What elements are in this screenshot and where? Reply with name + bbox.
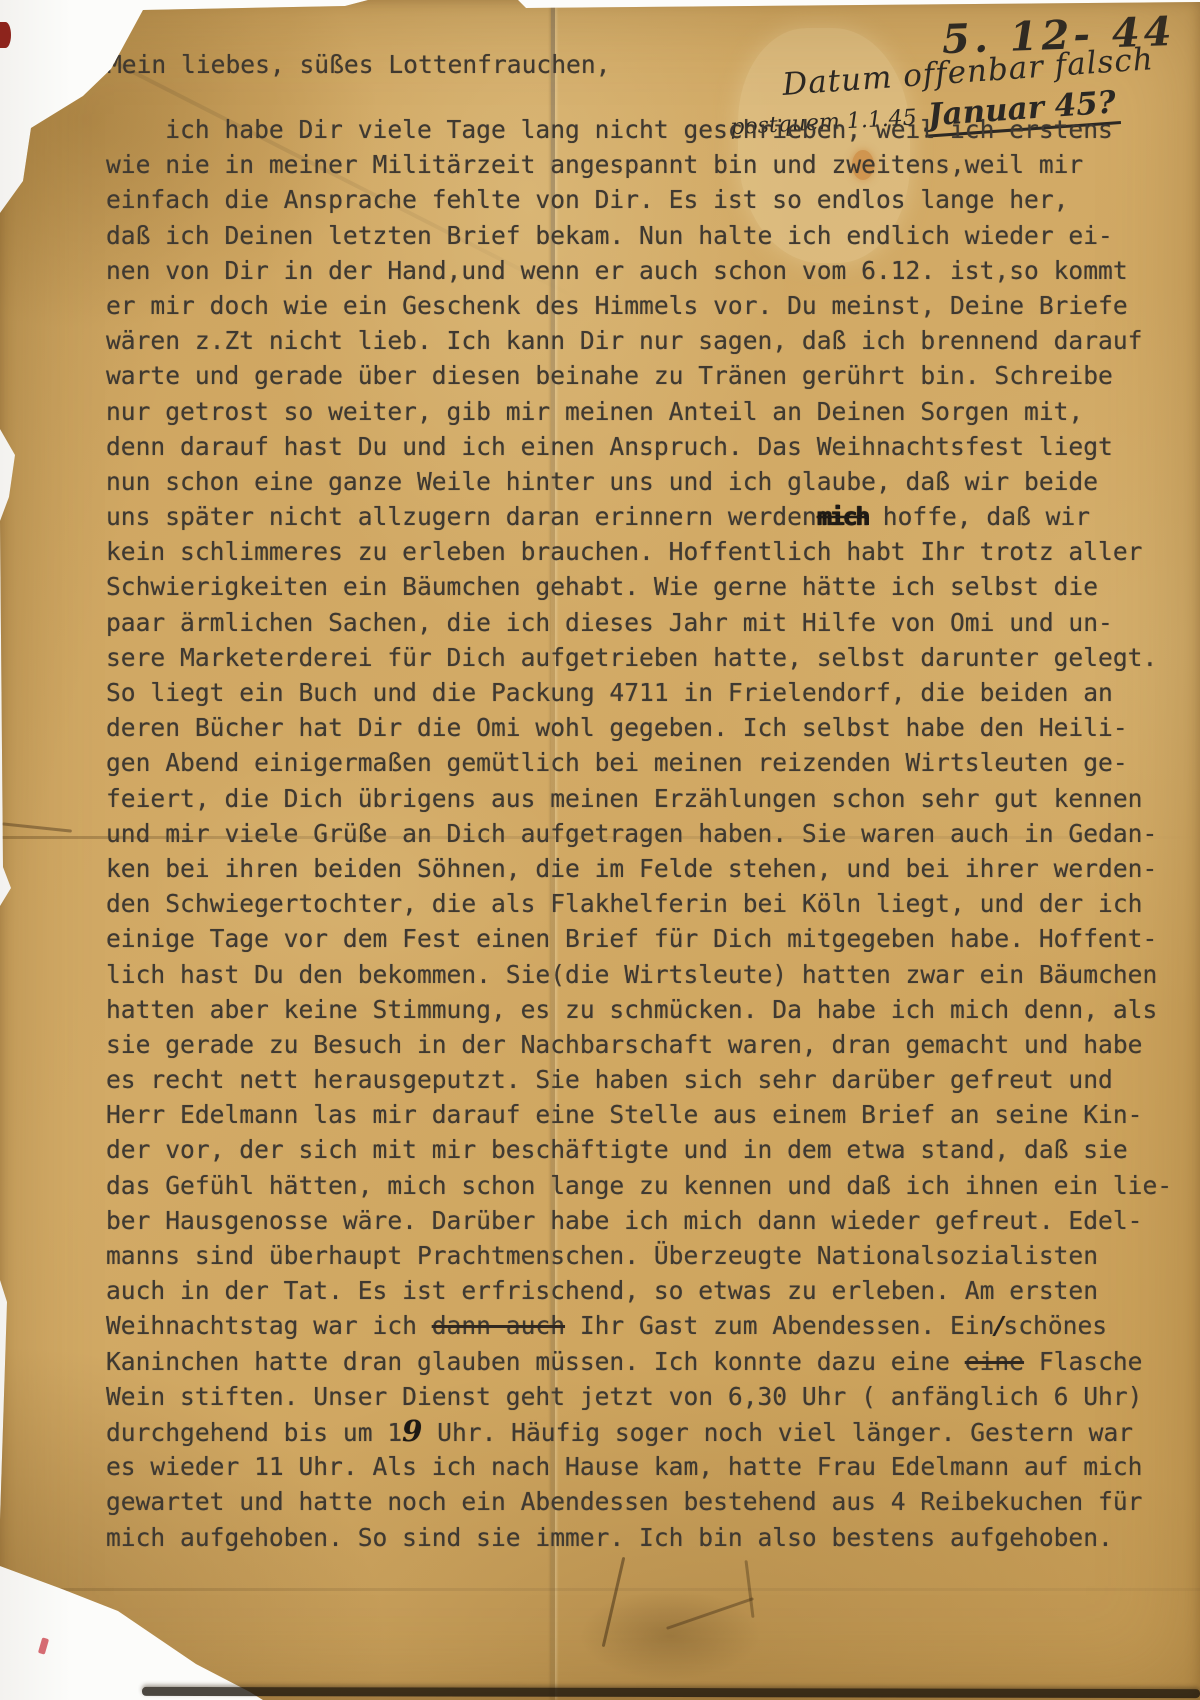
typed-line: Kaninchen hatte dran glauben müssen. Ich… — [106, 1344, 1181, 1379]
overtyped-text: mich — [817, 502, 868, 531]
typed-line: gewartet und hatte noch ein Abendessen b… — [106, 1484, 1181, 1519]
typed-line: hatten aber keine Stimmung, es zu schmüc… — [106, 992, 1181, 1027]
typed-line: Wein stiften. Unser Dienst geht jetzt vo… — [106, 1379, 1181, 1414]
paper-crack — [2, 822, 72, 832]
letter-body: ich habe Dir viele Tage lang nicht gesch… — [106, 112, 1181, 1555]
typed-line: auch in der Tat. Es ist erfrischend, so … — [106, 1273, 1181, 1308]
typed-line: nur getrost so weiter, gib mir meinen An… — [106, 394, 1181, 429]
typed-line: nun schon eine ganze Weile hinter uns un… — [106, 464, 1181, 499]
typed-line: ken bei ihren beiden Söhnen, die im Feld… — [106, 851, 1181, 886]
typed-line: wären z.Zt nicht lieb. Ich kann Dir nur … — [106, 323, 1181, 358]
typed-line: Herr Edelmann las mir darauf eine Stelle… — [106, 1097, 1181, 1132]
typed-line: denn darauf hast Du und ich einen Anspru… — [106, 429, 1181, 464]
typed-line: es recht nett herausgeputzt. Sie haben s… — [106, 1062, 1181, 1097]
red-edge-mark — [0, 22, 11, 48]
typed-line: einfach die Ansprache fehlte von Dir. Es… — [106, 182, 1181, 217]
scanned-letter: 5. 12- 44 Datum offenbar falsch postquem… — [0, 0, 1200, 1700]
typed-line: feiert, die Dich übrigens aus meinen Erz… — [106, 781, 1181, 816]
typed-line: den Schwiegertochter, die als Flakhelfer… — [106, 886, 1181, 921]
handwritten-correction: / — [994, 1311, 1003, 1340]
typed-line: Weihnachtstag war ich dann auch Ihr Gast… — [106, 1308, 1181, 1343]
salutation: Mein liebes, süßes Lottenfrauchen, — [107, 50, 610, 79]
typed-line: uns später nicht allzugern daran erinner… — [106, 499, 1181, 534]
red-tick-mark — [38, 1637, 49, 1654]
letter-paper: 5. 12- 44 Datum offenbar falsch postquem… — [0, 0, 1200, 1700]
typed-line: gen Abend einigermaßen gemütlich bei mei… — [106, 745, 1181, 780]
typed-line: nen von Dir in der Hand,und wenn er auch… — [106, 253, 1181, 288]
struck-out-text: eine — [965, 1347, 1024, 1376]
typed-line: lich hast Du den bekommen. Sie(die Wirts… — [106, 957, 1181, 992]
fold-crease-horizontal-lower — [0, 1588, 1200, 1591]
handwritten-correction: 9 — [402, 1414, 422, 1448]
typed-line: durchgehend bis um 19 Uhr. Häufig soger … — [106, 1414, 1181, 1449]
typed-line: ich habe Dir viele Tage lang nicht gesch… — [106, 112, 1181, 147]
typed-line: es wieder 11 Uhr. Als ich nach Hause kam… — [106, 1449, 1181, 1484]
typed-line: mich aufgehoben. So sind sie immer. Ich … — [106, 1520, 1181, 1555]
typed-line: und mir viele Grüße an Dich aufgetragen … — [106, 816, 1181, 851]
typed-line: ber Hausgenosse wäre. Darüber habe ich m… — [106, 1203, 1181, 1238]
struck-out-text: dann auch — [432, 1311, 565, 1340]
typed-line: paar ärmlichen Sachen, die ich dieses Ja… — [106, 605, 1181, 640]
typed-line: wie nie in meiner Militärzeit angespannt… — [106, 147, 1181, 182]
typed-line: das Gefühl hätten, mich schon lange zu k… — [106, 1168, 1181, 1203]
typed-line: daß ich Deinen letzten Brief bekam. Nun … — [106, 218, 1181, 253]
typed-line: sere Marketerderei für Dich aufgetrieben… — [106, 640, 1181, 675]
typed-line: sie gerade zu Besuch in der Nachbarschaf… — [106, 1027, 1181, 1062]
typed-line: warte und gerade über diesen beinahe zu … — [106, 358, 1181, 393]
typed-line: einige Tage vor dem Fest einen Brief für… — [106, 921, 1181, 956]
typed-line: So liegt ein Buch und die Packung 4711 i… — [106, 675, 1181, 710]
typed-line: Schwierigkeiten ein Bäumchen gehabt. Wie… — [106, 569, 1181, 604]
typed-line: manns sind überhaupt Prachtmenschen. Übe… — [106, 1238, 1181, 1273]
typed-line: kein schlimmeres zu erleben brauchen. Ho… — [106, 534, 1181, 569]
typed-line: deren Bücher hat Dir die Omi wohl gegebe… — [106, 710, 1181, 745]
typed-line: der vor, der sich mit mir beschäftigte u… — [106, 1132, 1181, 1167]
typed-line: er mir doch wie ein Geschenk des Himmels… — [106, 288, 1181, 323]
